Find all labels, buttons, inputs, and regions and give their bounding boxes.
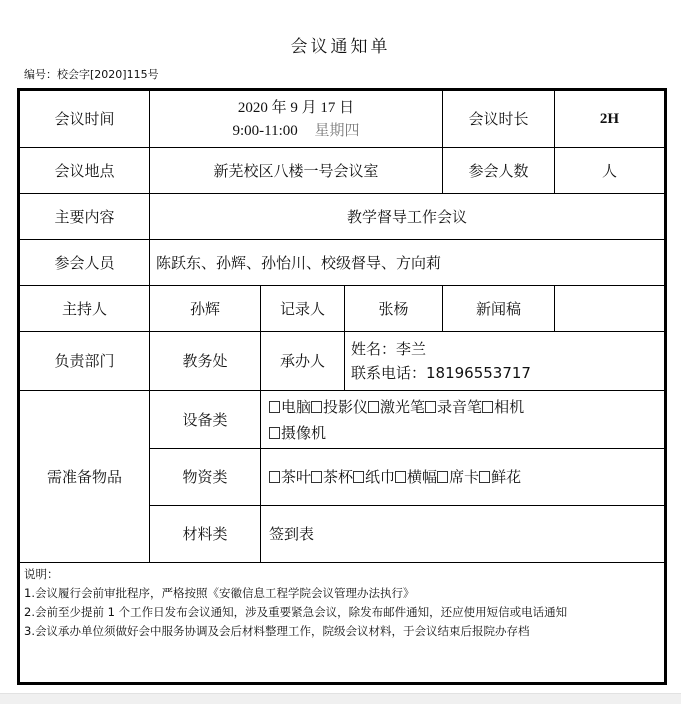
label-materials: 物资类 (150, 449, 261, 506)
meeting-time-line: 9:00-11:00 星期四 (150, 119, 442, 142)
document-number: 编号：校会字[2020]115号 (24, 66, 159, 82)
notes-line-2: 2.会前至少提前 1 个工作日发布会议通知，涉及重要紧急会议，除发布邮件通知，还… (24, 603, 660, 622)
meeting-date: 2020 年 9 月 17 日 (150, 97, 442, 119)
meeting-datetime: 2020 年 9 月 17 日 9:00-11:00 星期四 (150, 90, 443, 148)
handler-name: 姓名：李兰 (351, 337, 664, 361)
meeting-time-range: 9:00-11:00 (232, 123, 297, 139)
label-duration: 会议时长 (443, 90, 555, 148)
row-department: 负责部门 教务处 承办人 姓名：李兰 联系电话：18196553717 (19, 332, 666, 391)
department-value: 教务处 (150, 332, 261, 391)
press-release-value (555, 286, 666, 332)
notes-heading: 说明： (24, 565, 660, 584)
label-attendees: 参会人员 (19, 240, 150, 286)
host-value: 孙辉 (150, 286, 261, 332)
checkbox-item-tissues[interactable]: 纸巾 (353, 468, 395, 486)
checkbox-icon[interactable] (311, 401, 322, 413)
row-content: 主要内容 教学督导工作会议 (19, 194, 666, 240)
equipment-checklist: 电脑投影仪激光笔录音笔相机 摄像机 (261, 391, 666, 449)
checkbox-item-projector[interactable]: 投影仪 (311, 398, 368, 416)
checkbox-icon[interactable] (425, 401, 436, 413)
attendees-value: 陈跃东、孙辉、孙怡川、校级督导、方向莉 (150, 240, 666, 286)
checkbox-icon[interactable] (395, 471, 406, 483)
checkbox-icon[interactable] (479, 471, 490, 483)
attendee-count-value: 人 (555, 148, 666, 194)
notes-line-3: 3.会议承办单位须做好会中服务协调及会后材料整理工作，院级会议材料，于会议结束后… (24, 622, 660, 641)
location-value: 新芜校区八楼一号会议室 (150, 148, 443, 194)
checkbox-item-tea[interactable]: 茶叶 (269, 468, 311, 486)
checkbox-icon[interactable] (311, 471, 322, 483)
checkbox-item-voice-recorder[interactable]: 录音笔 (425, 398, 482, 416)
row-host: 主持人 孙辉 记录人 张杨 新闻稿 (19, 286, 666, 332)
row-attendees: 参会人员 陈跃东、孙辉、孙怡川、校级督导、方向莉 (19, 240, 666, 286)
checkbox-item-banner[interactable]: 横幅 (395, 468, 437, 486)
checkbox-icon[interactable] (368, 401, 379, 413)
document-title: 会议通知单 (0, 32, 681, 57)
checkbox-item-name-cards[interactable]: 席卡 (437, 468, 479, 486)
row-notes: 说明： 1.会议履行会前审批程序，严格按照《安徽信息工程学院会议管理办法执行》 … (19, 563, 666, 684)
meeting-weekday: 星期四 (315, 121, 360, 139)
content-value: 教学督导工作会议 (150, 194, 666, 240)
label-supplies: 需准备物品 (19, 391, 150, 563)
notes-section: 说明： 1.会议履行会前审批程序，严格按照《安徽信息工程学院会议管理办法执行》 … (19, 563, 666, 684)
label-meeting-time: 会议时间 (19, 90, 150, 148)
row-location: 会议地点 新芜校区八楼一号会议室 参会人数 人 (19, 148, 666, 194)
label-location: 会议地点 (19, 148, 150, 194)
notes-line-1: 1.会议履行会前审批程序，严格按照《安徽信息工程学院会议管理办法执行》 (24, 584, 660, 603)
checkbox-icon[interactable] (353, 471, 364, 483)
checkbox-item-laser-pointer[interactable]: 激光笔 (368, 398, 425, 416)
checkbox-icon[interactable] (269, 427, 280, 439)
row-meeting-time: 会议时间 2020 年 9 月 17 日 9:00-11:00 星期四 会议时长… (19, 90, 666, 148)
handler-phone: 联系电话：18196553717 (351, 361, 664, 385)
row-supplies-equipment: 需准备物品 设备类 电脑投影仪激光笔录音笔相机 摄像机 (19, 391, 666, 449)
label-attendee-count: 参会人数 (443, 148, 555, 194)
documents-value: 签到表 (261, 506, 666, 563)
duration-value: 2H (555, 90, 666, 148)
label-department: 负责部门 (19, 332, 150, 391)
label-content: 主要内容 (19, 194, 150, 240)
materials-checklist: 茶叶茶杯纸巾横幅席卡鲜花 (261, 449, 666, 506)
handler-contact: 姓名：李兰 联系电话：18196553717 (345, 332, 666, 391)
checkbox-item-video-camera[interactable]: 摄像机 (269, 424, 326, 442)
label-documents: 材料类 (150, 506, 261, 563)
label-handler: 承办人 (261, 332, 345, 391)
label-host: 主持人 (19, 286, 150, 332)
label-press-release: 新闻稿 (443, 286, 555, 332)
recorder-value: 张杨 (345, 286, 443, 332)
checkbox-icon[interactable] (482, 401, 493, 413)
checkbox-item-flowers[interactable]: 鲜花 (479, 468, 521, 486)
checkbox-item-computer[interactable]: 电脑 (269, 398, 311, 416)
label-equipment: 设备类 (150, 391, 261, 449)
meeting-notice-form: 会议时间 2020 年 9 月 17 日 9:00-11:00 星期四 会议时长… (17, 88, 667, 685)
bottom-strip (0, 693, 681, 704)
checkbox-item-cups[interactable]: 茶杯 (311, 468, 353, 486)
checkbox-icon[interactable] (269, 471, 280, 483)
checkbox-item-camera[interactable]: 相机 (482, 398, 524, 416)
label-recorder: 记录人 (261, 286, 345, 332)
checkbox-icon[interactable] (437, 471, 448, 483)
checkbox-icon[interactable] (269, 401, 280, 413)
